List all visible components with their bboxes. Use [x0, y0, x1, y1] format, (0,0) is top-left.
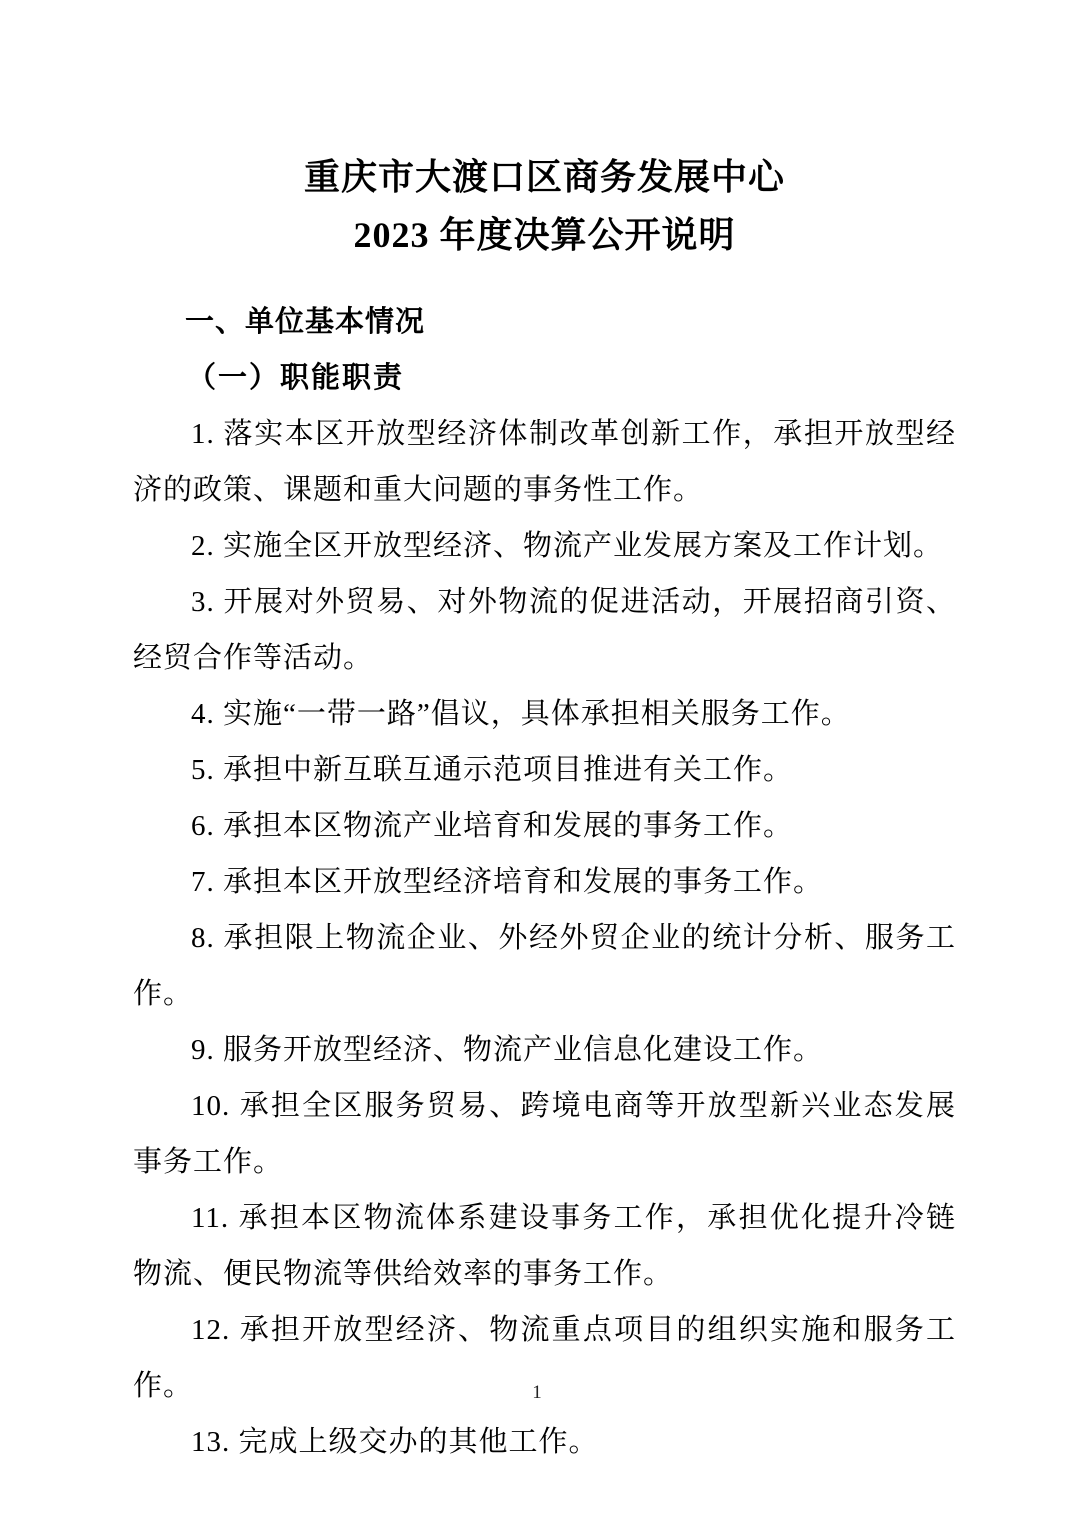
document-page: 重庆市大渡口区商务发展中心 2023 年度决算公开说明 一、单位基本情况 （一）…	[0, 0, 1074, 1520]
document-title-line2: 2023 年度决算公开说明	[133, 206, 956, 264]
duty-item-4: 4. 实施“一带一路”倡议，具体承担相关服务工作。	[133, 686, 956, 742]
duty-item-2: 2. 实施全区开放型经济、物流产业发展方案及工作计划。	[133, 518, 956, 574]
duty-item-5: 5. 承担中新互联互通示范项目推进有关工作。	[133, 742, 956, 798]
document-title-line1: 重庆市大渡口区商务发展中心	[133, 148, 956, 206]
duty-item-9: 9. 服务开放型经济、物流产业信息化建设工作。	[133, 1022, 956, 1078]
duty-item-13: 13. 完成上级交办的其他工作。	[133, 1414, 956, 1470]
subsection-heading-duties: （一）职能职责	[133, 350, 956, 406]
duty-item-11: 11. 承担本区物流体系建设事务工作，承担优化提升冷链物流、便民物流等供给效率的…	[133, 1190, 956, 1302]
duty-item-3: 3. 开展对外贸易、对外物流的促进活动，开展招商引资、经贸合作等活动。	[133, 574, 956, 686]
duty-item-1: 1. 落实本区开放型经济体制改革创新工作，承担开放型经济的政策、课题和重大问题的…	[133, 406, 956, 518]
duty-item-10: 10. 承担全区服务贸易、跨境电商等开放型新兴业态发展事务工作。	[133, 1078, 956, 1190]
duty-item-7: 7. 承担本区开放型经济培育和发展的事务工作。	[133, 854, 956, 910]
duty-item-8: 8. 承担限上物流企业、外经外贸企业的统计分析、服务工作。	[133, 910, 956, 1022]
page-number: 1	[0, 1382, 1074, 1404]
section-heading-basic-info: 一、单位基本情况	[133, 294, 956, 350]
duty-item-6: 6. 承担本区物流产业培育和发展的事务工作。	[133, 798, 956, 854]
